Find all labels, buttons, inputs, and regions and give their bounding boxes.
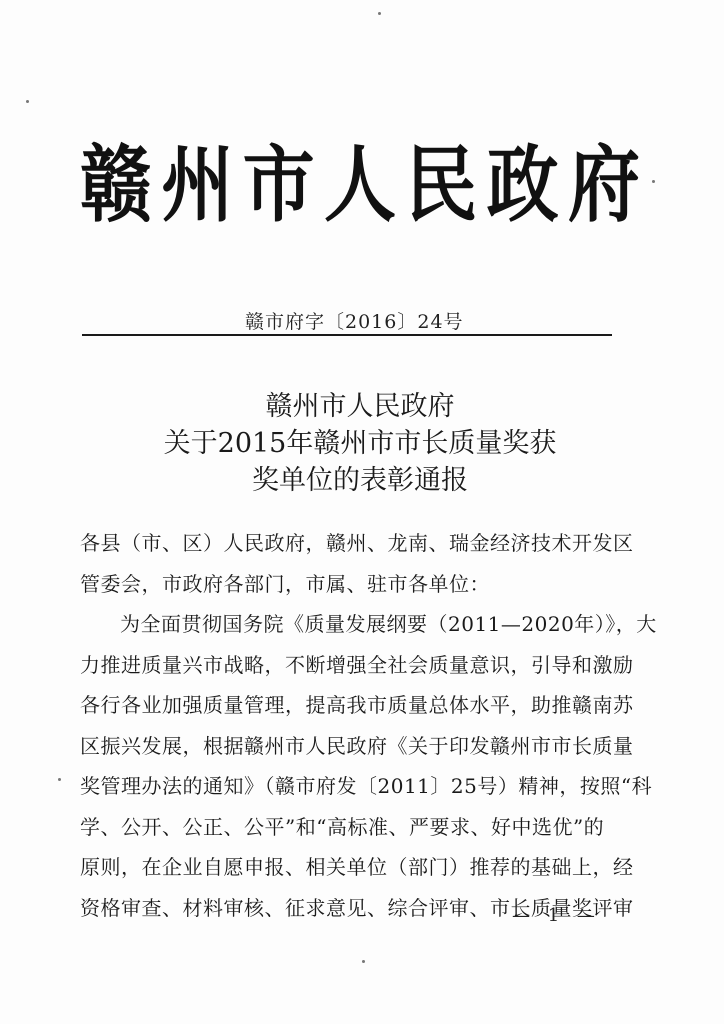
masthead-char: 政 bbox=[487, 118, 559, 238]
masthead-char: 州 bbox=[161, 118, 233, 238]
body-line: 力推进质量兴市战略，不断增强全社会质量意识，引导和激励 bbox=[80, 645, 640, 686]
title-line: 奖单位的表彰通报 bbox=[80, 462, 640, 499]
scan-speck bbox=[26, 100, 29, 103]
title-line: 赣州市人民政府 bbox=[80, 388, 640, 425]
masthead-char: 民 bbox=[405, 118, 477, 238]
masthead-char: 府 bbox=[568, 118, 640, 238]
header-divider bbox=[82, 334, 612, 336]
body-line: 管委会，市政府各部门，市属、驻市各单位： bbox=[80, 564, 640, 605]
scan-speck bbox=[58, 778, 61, 781]
scan-speck bbox=[362, 960, 365, 963]
document-title: 赣州市人民政府 关于2015年赣州市市长质量奖获 奖单位的表彰通报 bbox=[80, 388, 640, 499]
body-line: 学、公开、公正、公平”和“高标准、严要求、好中选优”的 bbox=[80, 807, 640, 848]
body-line: 区振兴发展，根据赣州市人民政府《关于印发赣州市市长质量 bbox=[80, 726, 640, 767]
document-number: 赣市府字〔2016〕24号 bbox=[245, 307, 464, 334]
document-page: 赣 州 市 人 民 政 府 赣市府字〔2016〕24号 赣州市人民政府 关于20… bbox=[0, 0, 724, 1024]
body-line: 为全面贯彻国务院《质量发展纲要（2011—2020年）》，大 bbox=[80, 604, 640, 645]
document-body: 各县（市、区）人民政府，赣州、龙南、瑞金经济技术开发区 管委会，市政府各部门，市… bbox=[80, 523, 640, 928]
masthead-char: 赣 bbox=[80, 118, 152, 238]
body-line: 各行各业加强质量管理，提高我市质量总体水平，助推赣南苏 bbox=[80, 685, 640, 726]
body-line: 原则，在企业自愿申报、相关单位（部门）推荐的基础上，经 bbox=[80, 847, 640, 888]
masthead-title: 赣 州 市 人 民 政 府 bbox=[80, 128, 640, 228]
masthead-char: 人 bbox=[324, 118, 396, 238]
masthead-char: 市 bbox=[243, 118, 315, 238]
scan-speck bbox=[652, 180, 655, 183]
page-number: — 1 — bbox=[512, 905, 601, 926]
title-line: 关于2015年赣州市市长质量奖获 bbox=[80, 425, 640, 462]
body-line: 各县（市、区）人民政府，赣州、龙南、瑞金经济技术开发区 bbox=[80, 523, 640, 564]
scan-speck bbox=[378, 12, 381, 15]
body-line: 奖管理办法的通知》（赣市府发〔2011〕25号）精神，按照“科 bbox=[80, 766, 640, 807]
